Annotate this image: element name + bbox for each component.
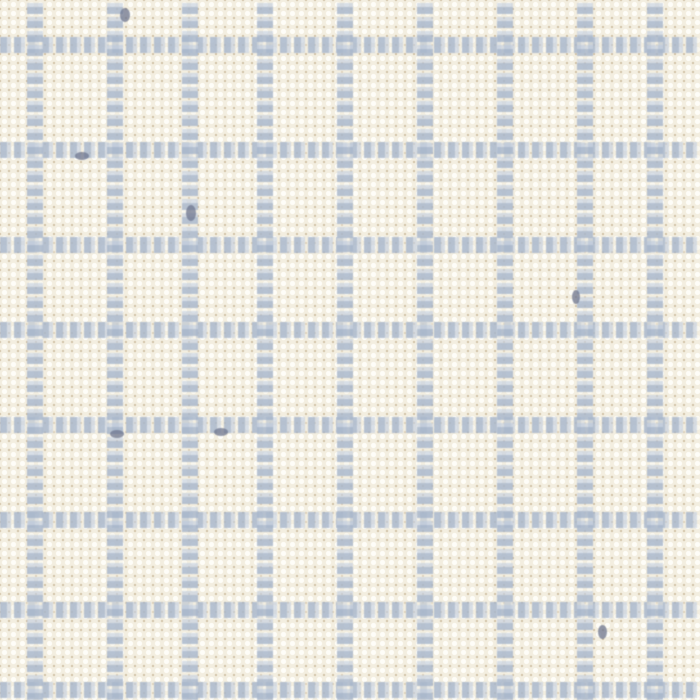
grid-line-vertical (497, 0, 513, 700)
yarn-fleck (186, 205, 196, 221)
grid-line-vertical (417, 0, 433, 700)
grid-line-vertical (27, 0, 43, 700)
yarn-fleck (110, 430, 124, 438)
yarn-fleck (75, 152, 89, 160)
yarn-fleck (572, 290, 580, 304)
woven-fabric-texture (0, 0, 700, 700)
grid-line-vertical (107, 0, 123, 700)
grid-line-vertical (182, 0, 198, 700)
grid-line-vertical (577, 0, 593, 700)
yarn-fleck (598, 625, 607, 639)
grid-line-vertical (257, 0, 273, 700)
grid-line-vertical (337, 0, 353, 700)
yarn-fleck (214, 428, 228, 436)
yarn-fleck (120, 8, 130, 22)
grid-line-vertical (647, 0, 663, 700)
